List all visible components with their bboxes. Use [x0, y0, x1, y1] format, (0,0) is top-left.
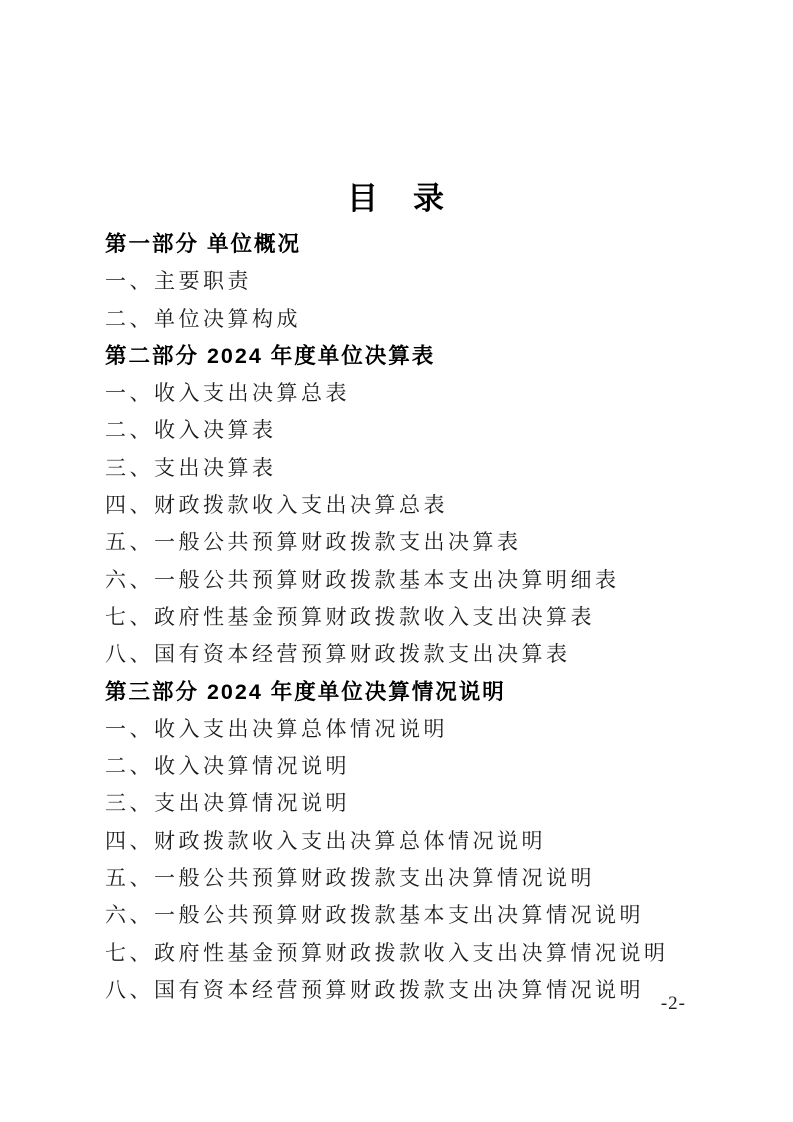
toc-item: 五、一般公共预算财政拨款支出决算情况说明 — [105, 860, 695, 897]
toc-section-heading: 第二部分 2024 年度单位决算表 — [105, 338, 695, 375]
toc-item: 三、支出决算情况说明 — [105, 785, 695, 822]
toc-item: 四、财政拨款收入支出决算总体情况说明 — [105, 823, 695, 860]
document-page: 目 录 第一部分 单位概况一、主要职责二、单位决算构成第二部分 2024 年度单… — [0, 0, 793, 1122]
toc-item: 五、一般公共预算财政拨款支出决算表 — [105, 524, 695, 561]
toc-item: 七、政府性基金预算财政拨款收入支出决算表 — [105, 599, 695, 636]
toc-item: 二、收入决算情况说明 — [105, 748, 695, 785]
toc-item: 一、收入支出决算总体情况说明 — [105, 711, 695, 748]
page-number: -2- — [661, 993, 686, 1015]
toc-item: 一、收入支出决算总表 — [105, 375, 695, 412]
toc-item: 二、单位决算构成 — [105, 301, 695, 338]
toc-item: 四、财政拨款收入支出决算总表 — [105, 487, 695, 524]
toc-item: 二、收入决算表 — [105, 412, 695, 449]
toc-item: 一、主要职责 — [105, 263, 695, 300]
toc-item: 八、国有资本经营预算财政拨款支出决算情况说明 — [105, 972, 695, 1009]
toc-section-heading: 第一部分 单位概况 — [105, 226, 695, 263]
toc-item: 六、一般公共预算财政拨款基本支出决算明细表 — [105, 562, 695, 599]
toc-item: 七、政府性基金预算财政拨款收入支出决算情况说明 — [105, 935, 695, 972]
toc-list: 第一部分 单位概况一、主要职责二、单位决算构成第二部分 2024 年度单位决算表… — [105, 226, 695, 1009]
toc-item: 三、支出决算表 — [105, 450, 695, 487]
toc-item: 八、国有资本经营预算财政拨款支出决算表 — [105, 636, 695, 673]
page-title: 目 录 — [0, 180, 793, 218]
toc-item: 六、一般公共预算财政拨款基本支出决算情况说明 — [105, 897, 695, 934]
toc-section-heading: 第三部分 2024 年度单位决算情况说明 — [105, 674, 695, 711]
